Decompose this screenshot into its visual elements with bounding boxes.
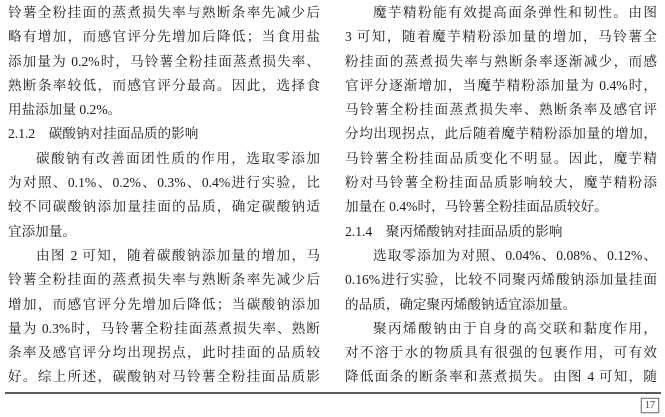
text-line: 碳酸钠有改善面团性质的作用，选取零添加 [8,147,320,171]
page-number: 17 [645,399,655,412]
text-line: 聚丙烯酸钠由于自身的高交联和黏度作用， [345,317,657,341]
text-line: 添加量为 0.2%时，马铃薯全粉挂面蒸煮损失率、 [8,50,320,74]
text-line: 条率及感官评分均出现拐点，此时挂面的品质较 [8,341,320,365]
text-line: 粉对马铃薯全粉挂面品质影响较大，魔芋精粉添 [345,171,657,195]
text-line: 铃薯全粉挂面的蒸煮损失率与熟断条率先减少后 [8,268,320,292]
section-heading: 2.1.2 碳酸钠对挂面品质的影响 [8,122,320,146]
text-line: 3 可知，随着魔芋精粉添加量的增加，马铃薯全 [345,25,657,49]
text-column-right: 魔芋精粉能有效提高面条弹性和韧性。由图3 可知，随着魔芋精粉添加量的增加，马铃薯… [345,1,657,390]
text-line: 由图 2 可知，随着碳酸钠添加量的增加，马 [8,244,320,268]
section-heading: 2.1.4 聚丙烯酸钠对挂面品质的影响 [345,220,657,244]
text-line: 0.16%进行实验，比较不同聚丙烯酸钠添加量挂面 [345,268,657,292]
text-line: 降低面条的断条率和蒸煮损失。由图 4 可知，随 [345,365,657,389]
text-line: 较不同碳酸钠添加量挂面的品质，确定碳酸钠适 [8,195,320,219]
text-line: 铃薯全粉挂面的蒸煮损失率与熟断条率先减少后 [8,1,320,25]
text-line: 对不溶于水的物质具有很强的包裹作用，可有效 [345,341,657,365]
text-line: 熟断条率较低，而感官评分最高。因此，选择食 [8,74,320,98]
text-line: 好。综上所述，碳酸钠对马铃薯全粉挂面品质影 [8,365,320,389]
text-line: 加量在 0.4%时，马铃薯全粉挂面品质较好。 [345,195,657,219]
text-column-left: 铃薯全粉挂面的蒸煮损失率与熟断条率先减少后略有增加，而感官评分先增加后降低；当食… [8,1,320,390]
text-line: 魔芋精粉能有效提高面条弹性和韧性。由图 [345,1,657,25]
text-line: 用盐添加量 0.2%。 [8,98,320,122]
text-line: 马铃薯全粉挂面蒸煮损失率、熟断条率及感官评 [345,98,657,122]
document-page: 铃薯全粉挂面的蒸煮损失率与熟断条率先减少后略有增加，而感官评分先增加后降低；当食… [0,0,665,417]
text-line: 增加，而感官评分先增加后降低；当碳酸钠添加 [8,293,320,317]
text-line: 选取零添加为对照、0.04%、0.08%、0.12%、 [345,244,657,268]
text-line: 马铃薯全粉挂面品质变化不明显。因此，魔芋精 [345,147,657,171]
footer-rule [5,392,661,394]
text-line: 为对照、0.1%、0.2%、0.3%、0.4%进行实验，比 [8,171,320,195]
text-line: 粉挂面的蒸煮损失率与熟断条率逐渐减少，而感 [345,50,657,74]
text-line: 分均出现拐点，此后随着魔芋精粉添加量的增加， [345,122,657,146]
text-line: 宜添加量。 [8,220,320,244]
text-line: 略有增加，而感官评分先增加后降低；当食用盐 [8,25,320,49]
text-line: 量为 0.3%时，马铃薯全粉挂面蒸煮损失率、熟断 [8,317,320,341]
text-line: 的品质，确定聚丙烯酸钠适宜添加量。 [345,293,657,317]
page-number-box: 17 [641,398,659,413]
text-line: 官评分逐渐增加，当魔芋精粉添加量为 0.4%时， [345,74,657,98]
